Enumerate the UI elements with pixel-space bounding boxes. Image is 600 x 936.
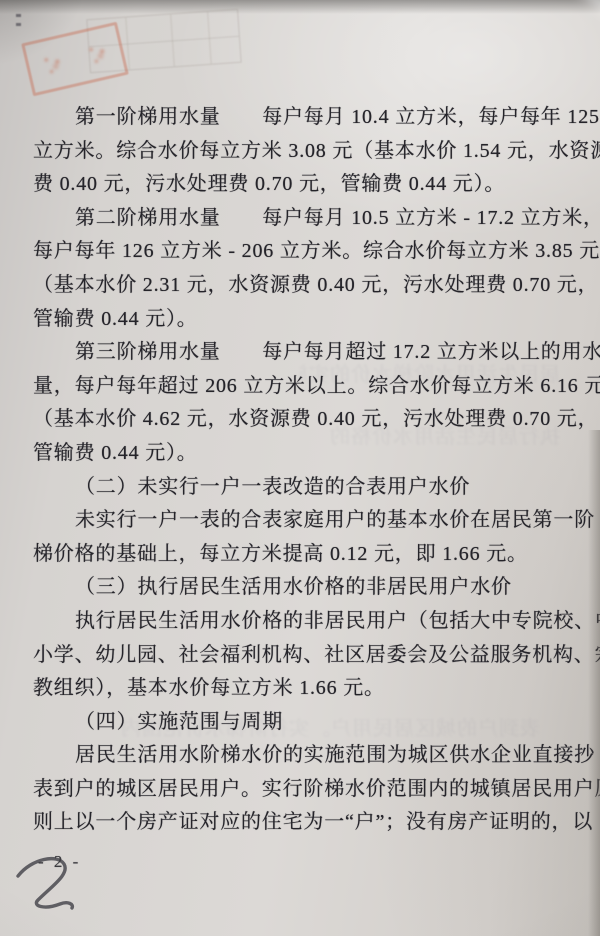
text-line: （四）实施范围与周期 <box>33 706 582 740</box>
stamp-character-blob <box>37 48 69 81</box>
text-line: （基本水价 4.62 元，水资源费 0.40 元，污水处理费 0.70 元， <box>33 403 582 437</box>
text-line: （三）执行居民生活用水价格的非居民用户水价 <box>33 571 582 605</box>
text-line: 则上以一个房产证对应的住宅为一“户”；没有房产证明的，以 <box>33 806 582 840</box>
text-line: （基本水价 2.31 元，水资源费 0.40 元，污水处理费 0.70 元， <box>33 269 582 303</box>
text-line: 管输费 0.44 元）。 <box>33 303 582 337</box>
page-number: - 2 - <box>38 852 81 872</box>
text-line: （二）未实行一户一表改造的合表用户水价 <box>33 471 582 505</box>
photo-top-edge-shadow <box>0 0 600 14</box>
stamp-character-blob <box>82 37 114 70</box>
document-body-text: 第一阶梯用水量 每户每月 10.4 立方米，每户每年 125立方米。综合水价每立… <box>33 101 582 840</box>
scanned-document-page: 第一阶梯用水量 每户每月 10.4 立方米，每户每年 125立方米。综合水价每立… <box>0 0 600 936</box>
text-line: 第一阶梯用水量 每户每月 10.4 立方米，每户每年 125 <box>33 101 582 135</box>
text-line: 小学、幼儿园、社会福利机构、社区居委会及公益服务机构、宗 <box>33 639 582 673</box>
text-line: 立方米。综合水价每立方米 3.08 元（基本水价 1.54 元，水资源 <box>33 135 582 169</box>
text-line: 表到户的城区居民用户。实行阶梯水价范围内的城镇居民用户原 <box>33 773 582 807</box>
text-line: 未实行一户一表的合表家庭用户的基本水价在居民第一阶 <box>33 504 582 538</box>
text-line: 教组织），基本水价每立方米 1.66 元。 <box>33 672 582 706</box>
text-line: 费 0.40 元，污水处理费 0.70 元，管输费 0.44 元）。 <box>33 168 582 202</box>
text-line: 执行居民生活用水价格的非居民用户（包括大中专院校、中 <box>33 605 582 639</box>
text-line: 居民生活用水阶梯水价的实施范围为城区供水企业直接抄 <box>33 739 582 773</box>
corner-ink-marks <box>16 14 22 36</box>
text-line: 每户每年 126 立方米 - 206 立方米。综合水价每立方米 3.85 元 <box>33 235 582 269</box>
text-line: 第三阶梯用水量 每户每月超过 17.2 立方米以上的用水 <box>33 336 582 370</box>
paper-crease-highlight <box>533 0 600 57</box>
text-line: 管输费 0.44 元）。 <box>33 437 582 471</box>
text-line: 第二阶梯用水量 每户每月 10.5 立方米 - 17.2 立方米， <box>33 202 582 236</box>
red-registration-stamp-icon <box>21 22 129 97</box>
text-line: 梯价格的基础上，每立方米提高 0.12 元，即 1.66 元。 <box>33 538 582 572</box>
text-line: 量，每户每年超过 206 立方米以上。综合水价每立方米 6.16 元 <box>33 370 582 404</box>
